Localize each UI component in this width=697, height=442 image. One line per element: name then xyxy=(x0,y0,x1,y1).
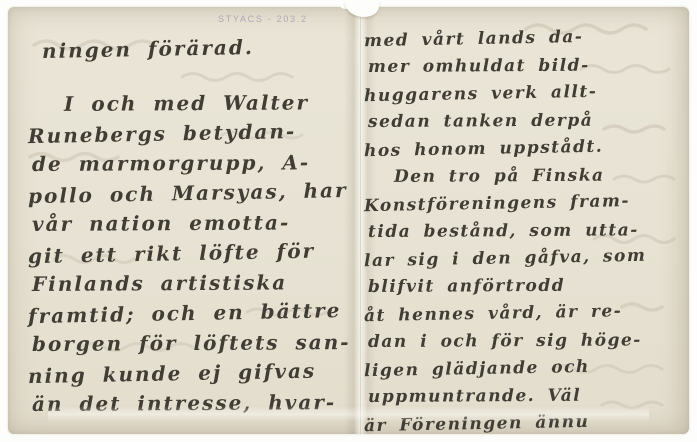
handwriting-line: lar sig i den gåfva, som xyxy=(364,242,697,276)
handwriting-line: ningen förärad. xyxy=(42,30,359,66)
handwriting-line: tida bestånd, som utta- xyxy=(368,216,697,246)
handwriting-line: hos honom uppstådt. xyxy=(364,132,697,166)
handwriting-line: dan i och för sig höge- xyxy=(368,326,697,356)
letter-paper: STYACS - 203.2 ningen förärad.I och med … xyxy=(8,7,689,434)
handwriting-line: borgen för löftets san- xyxy=(32,327,358,359)
handwriting-line: åt hennes vård, är re- xyxy=(364,297,697,331)
handwriting-line: Finlands artistiska xyxy=(32,267,358,299)
handwriting-line: Runebergs betydan- xyxy=(28,115,359,151)
handwriting-line: med vårt lands da- xyxy=(364,22,697,56)
handwriting-line: huggarens verk allt- xyxy=(364,77,697,111)
handwriting-line: mer omhuldat bild- xyxy=(368,51,697,81)
handwriting-line: Konstföreningens fram- xyxy=(364,187,697,221)
handwriting-line: vår nation emotta- xyxy=(32,207,358,239)
handwriting-line: ligen glädjande och xyxy=(364,352,697,386)
handwriting-line: framtid; och en bättre xyxy=(28,295,359,331)
letter-page-left: ningen förärad.I och med WalterRunebergs… xyxy=(28,7,358,434)
handwriting-line: pollo och Marsyas, har xyxy=(28,175,359,211)
center-fold-line xyxy=(360,7,361,434)
letter-scan: STYACS - 203.2 ningen förärad.I och med … xyxy=(0,0,697,442)
letter-page-right: med vårt lands da-mer omhuldat bild-hugg… xyxy=(364,7,697,434)
handwriting-line: ning kunde ej gifvas xyxy=(28,355,359,391)
handwriting-line: de marmorgrupp, A- xyxy=(32,147,358,179)
handwriting-line: git ett rikt löfte för xyxy=(28,235,359,271)
handwriting-line: blifvit anförtrodd xyxy=(368,271,697,301)
handwriting-line: Den tro på Finska xyxy=(394,162,697,191)
handwriting-line: I och med Walter xyxy=(64,87,358,119)
handwriting-line: sedan tanken derpå xyxy=(368,106,697,136)
paper-bottom-sheen xyxy=(48,406,649,422)
